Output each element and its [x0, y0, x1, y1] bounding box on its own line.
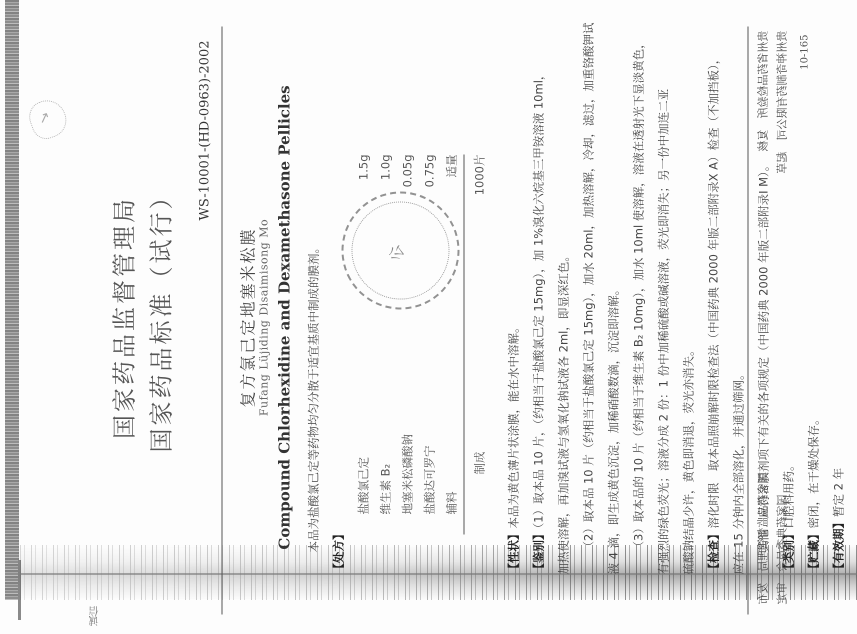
section-text: 暂定 2 年	[832, 468, 846, 517]
footer-role: 发布	[757, 583, 770, 605]
footer-rule	[748, 27, 749, 615]
issuing-authority: 国家药品监督管理局	[105, 1, 140, 634]
section-line: 【贮藏】密闭，在干燥处保存。	[802, 41, 827, 575]
formula-table: 盐酸氯己定1.5g维生素 B₂1.0g地塞米松磷酸钠0.05g盐酸达可罗宁0.7…	[352, 41, 502, 575]
section-line: （3）取本品的 10 片（约相当于维生素 B₂ 10mg），加水 10ml 使溶…	[627, 41, 652, 575]
section-text: 应在 15 分钟内全部溶化，并通过筛网。	[732, 369, 746, 575]
section-line: 【性状】本品为黄色薄片状涂膜，能在水中溶解。	[502, 41, 527, 575]
section-line: 【有效期】暂定 2 年	[827, 41, 852, 575]
footer-org: 贵州省药品检验所	[757, 31, 770, 130]
section-text: 加热使溶解，再加溴试液与氢氧化钠试液各 2ml，即显深红色。	[557, 250, 571, 574]
footer-role: 起草	[776, 152, 789, 174]
section-text: （2）取本品 10 片（约相当于盐酸氯己定 15mg），加水 20ml，加热溶解…	[582, 23, 596, 553]
formula-total-label: 制成	[468, 452, 493, 475]
section-label: 【贮藏】	[807, 529, 821, 575]
standard-title: 国家药品标准（试行）	[142, 1, 177, 634]
section-label: 【鉴别】	[532, 529, 546, 575]
section-label: 【性状】	[507, 529, 521, 575]
section-text: 密闭，在干燥处保存。	[807, 414, 821, 529]
footer-org: 国家药典委员会	[776, 495, 789, 583]
section-line: 有强烈的绿色荧光；溶液分成 2 份：1 份中加稀硫酸或碱溶液，荧光即消失；另一份…	[652, 41, 677, 575]
section-text: 硫酸钠结晶少许，黄色即消退，荧光亦消失。	[682, 345, 696, 575]
ingredient-amount: 适量	[440, 155, 465, 178]
formula-rule	[464, 155, 465, 535]
footer-line: 国家药品监督管理局 发布	[754, 473, 773, 605]
footer-line: 国家药典委员会 审定	[773, 495, 792, 605]
section-text: 溶化时限 取本品照崩解时限检查法（中国药典 2000 年版二部附录Ⅹ A）检查（…	[707, 53, 721, 529]
footer-role: 复核	[757, 130, 770, 152]
section-line: 硫酸钠结晶少许，黄色即消退，荧光亦消失。	[677, 41, 702, 575]
seal-center-text: 公	[384, 241, 410, 265]
footer-org: 国家药品监督管理局	[757, 473, 770, 583]
product-name-cn: 复方氯己定地塞米松膜	[236, 1, 259, 634]
footer-line: 贵州神奇制药有限公司 起草	[773, 31, 792, 174]
document-page: 国家药品监督管理局 国家药品标准（试行） WS-10001-(HD-0963)-…	[0, 1, 857, 634]
section-line: 曾用名：洗必泰口腔溃疡膜	[852, 41, 857, 575]
section-line: 【鉴别】（1）取本品 10 片，（约相当于盐酸氯己定 15mg），加 1%溴化六…	[527, 41, 552, 575]
header-rule	[222, 27, 223, 615]
footer-role: 审定	[776, 583, 789, 605]
section-line: 加热使溶解，再加溴试液与氢氧化钠试液各 2ml，即显深红色。	[552, 41, 577, 575]
intro-paragraph: 本品为盐酸氯己定等药物均匀分散于适宜基质中制成的膜剂。	[302, 41, 327, 575]
section-text: （1）取本品 10 片，（约相当于盐酸氯己定 15mg），加 1%溴化六烷基三甲…	[532, 69, 546, 529]
formula-total-amount: 1000片	[468, 155, 493, 196]
standard-number: WS-10001-(HD-0963)-2002	[198, 41, 213, 221]
ingredient-name: 辅料	[440, 492, 465, 515]
footer-drafters: 贵州省药品检验所 复核贵州神奇制药有限公司 起草	[754, 31, 792, 174]
section-line: 【检查】溶化时限 取本品照崩解时限检查法（中国药典 2000 年版二部附录Ⅹ A…	[702, 41, 727, 575]
section-line: 液 4 滴，即生成黄色沉淀，加稀硝酸数滴，沉淀即溶解。	[602, 41, 627, 575]
section-text: 液 4 滴，即生成黄色沉淀，加稀硝酸数滴，沉淀即溶解。	[607, 284, 621, 575]
section-text: （3）取本品的 10 片（约相当于维生素 B₂ 10mg），加水 10ml 使溶…	[632, 37, 646, 552]
section-line: （2）取本品 10 片（约相当于盐酸氯己定 15mg），加水 20ml，加热溶解…	[577, 41, 602, 575]
sections: 【性状】本品为黄色薄片状涂膜，能在水中溶解。【鉴别】（1）取本品 10 片，（约…	[502, 41, 857, 575]
footer-line: 贵州省药品检验所 复核	[754, 31, 773, 152]
section-text: 本品为黄色薄片状涂膜，能在水中溶解。	[507, 322, 521, 529]
footer-org: 贵州神奇制药有限公司	[776, 31, 789, 152]
section-label: 【有效期】	[832, 517, 846, 575]
product-name-en: Compound Chlorhexidine and Dexamethasone…	[276, 1, 294, 634]
section-label: 【检查】	[707, 529, 721, 575]
footer-issuers: 国家药品监督管理局 发布国家药典委员会 审定	[754, 473, 792, 605]
page-number: 10-165	[800, 35, 811, 70]
formula-label: 【处方】	[332, 529, 346, 575]
section-text: 有强烈的绿色荧光；溶液分成 2 份：1 份中加稀硫酸或碱溶液，荧光即消失；另一份…	[657, 89, 671, 575]
product-name-pinyin: Fufang Lüjiding Disaimisong Mo	[258, 1, 271, 634]
